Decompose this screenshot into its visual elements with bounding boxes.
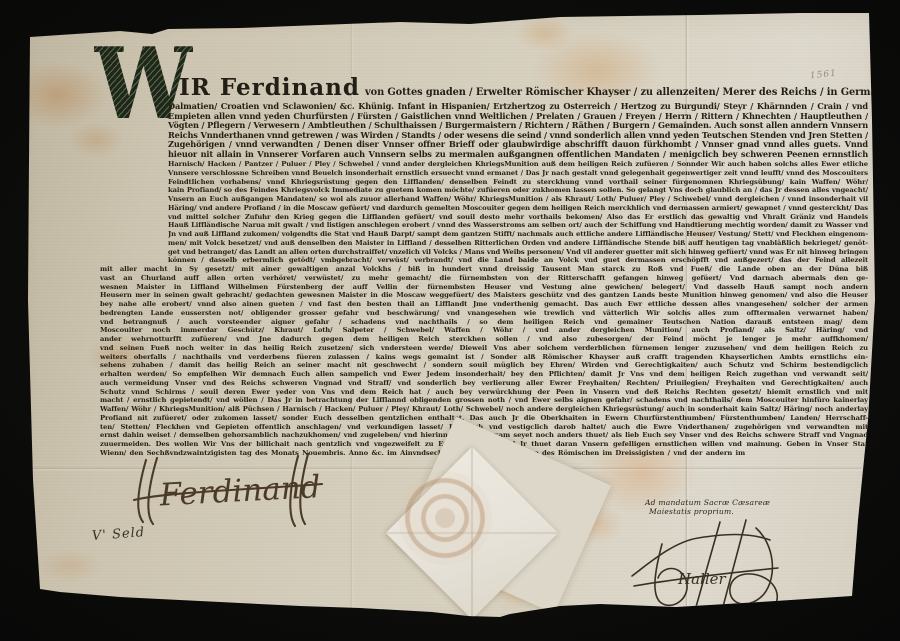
body-line: men/ mit Volck besetzet/ vnd auß denselb… xyxy=(168,239,868,248)
chancery-note-line1: Ad mandatum Sacræ Cæsareæ xyxy=(645,498,770,507)
body-line: Jn vnd auß Liffland zukomen/ volgendts d… xyxy=(168,230,868,239)
document-paper: W IR Ferdinand von Gottes gnaden / Erwel… xyxy=(0,0,900,641)
svg-text:Ferdinand: Ferdinand xyxy=(158,469,322,513)
body-line: Hauß Liffländische Narua mit gwalt / vnd… xyxy=(168,221,868,230)
body-line: vast an Churland auff allen orten verhör… xyxy=(100,274,868,283)
royal-name: IR Ferdinand xyxy=(179,74,360,101)
body-line: Schutz vnnd Schirms / souil deren Ewer y… xyxy=(100,388,868,397)
address-line: hieuor nit allain in Vnnserer Vorfaren a… xyxy=(168,150,868,160)
body-line: Vnsern an Euch außgangen Mandaten/ so wo… xyxy=(168,195,868,204)
vice-chancellor-note: V' Seld xyxy=(92,525,146,544)
body-line: erhalten werden/ So empfelhen Wir demnac… xyxy=(100,370,868,379)
ferdinand-signature: Ferdinand xyxy=(126,450,331,534)
body-line: weiters oberfalls / nachthails vnd verde… xyxy=(100,353,868,362)
body-line: Feindtlichen vorhabens/ vnnd Khriegsrüst… xyxy=(168,178,868,187)
address-block: Dalmatien/ Croatien vnd Sclawonien/ &c. … xyxy=(168,102,868,160)
body-line: auch vermeidung Vnser vnd des Reichs sch… xyxy=(100,379,868,388)
body-line: vnd seinen Fueß noch weiter in das heili… xyxy=(100,344,868,353)
address-line: Dalmatien/ Croatien vnd Sclawonien/ &c. … xyxy=(168,102,868,112)
body-line: Profiand nit zufüeret/ oder zukomen lass… xyxy=(100,414,868,423)
body-line: bedrengten Lande eussersten not/ obligen… xyxy=(100,309,868,318)
body-line: vnd betrangnuß / auch vorsteender aigner… xyxy=(100,318,868,327)
body-line: bey nahe alle erobert/ vnnd also ainen g… xyxy=(100,300,868,309)
body-line: Waffen/ Wöhr / KhriegsMunition/ alß Püch… xyxy=(100,405,868,414)
address-line: Reichs Vnnderthanen vnnd getrewen / was … xyxy=(168,131,868,141)
papered-wax-seal xyxy=(398,471,492,565)
body-line: Harnisch/ Hacken / Pantzer / Puluer / Pl… xyxy=(168,160,868,169)
body-line: macht / ernstlich gepietendt/ vnd wöllen… xyxy=(100,396,868,405)
body-line: get vnd betranget/ das Landt an allen or… xyxy=(168,248,868,257)
body-line: vnd mittel solcher Zufuhr den Krieg gege… xyxy=(168,213,868,222)
intitulatio-text: von Gottes gnaden / Erwelter Römischer K… xyxy=(365,87,900,98)
address-line: Zugehörigen / vnnd verwandten / Denen di… xyxy=(168,140,868,150)
body-line: kain Profiand/ so des Feindes Khriegsvol… xyxy=(168,186,868,195)
body-line: ander wehrnotturfft zufüeren/ vnd Jne da… xyxy=(100,335,868,344)
body-line: Heusern mer in seinen gwalt gebracht/ ge… xyxy=(100,291,868,300)
photograph-background: W IR Ferdinand von Gottes gnaden / Erwel… xyxy=(0,0,900,641)
body-line: Moscouiter noch immerdar Geschütz/ Khrau… xyxy=(100,326,868,335)
body-line: mit aller macht in Sy gesetzt/ mit ainer… xyxy=(100,265,868,274)
heading-line: IR Ferdinand von Gottes gnaden / Erwelte… xyxy=(179,74,871,101)
body-line: sehens zuhaben / damit das heilig Reich … xyxy=(100,361,868,370)
body-line: Häring/ vnd andere Profiand / in die Mos… xyxy=(168,204,868,213)
mandate-body-block: Harnisch/ Hacken / Pantzer / Puluer / Pl… xyxy=(100,160,868,458)
address-line: Empieten allen vnnd yeden Churfürsten / … xyxy=(168,112,868,122)
address-line: Vögten / Pflegern / Verwesern / Ambtleut… xyxy=(168,121,868,131)
body-line: können / dasselb erbermlich getödt/ vmbg… xyxy=(168,256,868,265)
body-line: wesnen Maister in Liffland Wilhelmen Für… xyxy=(100,283,868,292)
svg-text:Haller: Haller xyxy=(677,570,726,588)
body-line: Vnnsere verschlossne Schreiben vnnd Beue… xyxy=(168,169,868,178)
haller-countersignature: Haller xyxy=(628,514,813,622)
